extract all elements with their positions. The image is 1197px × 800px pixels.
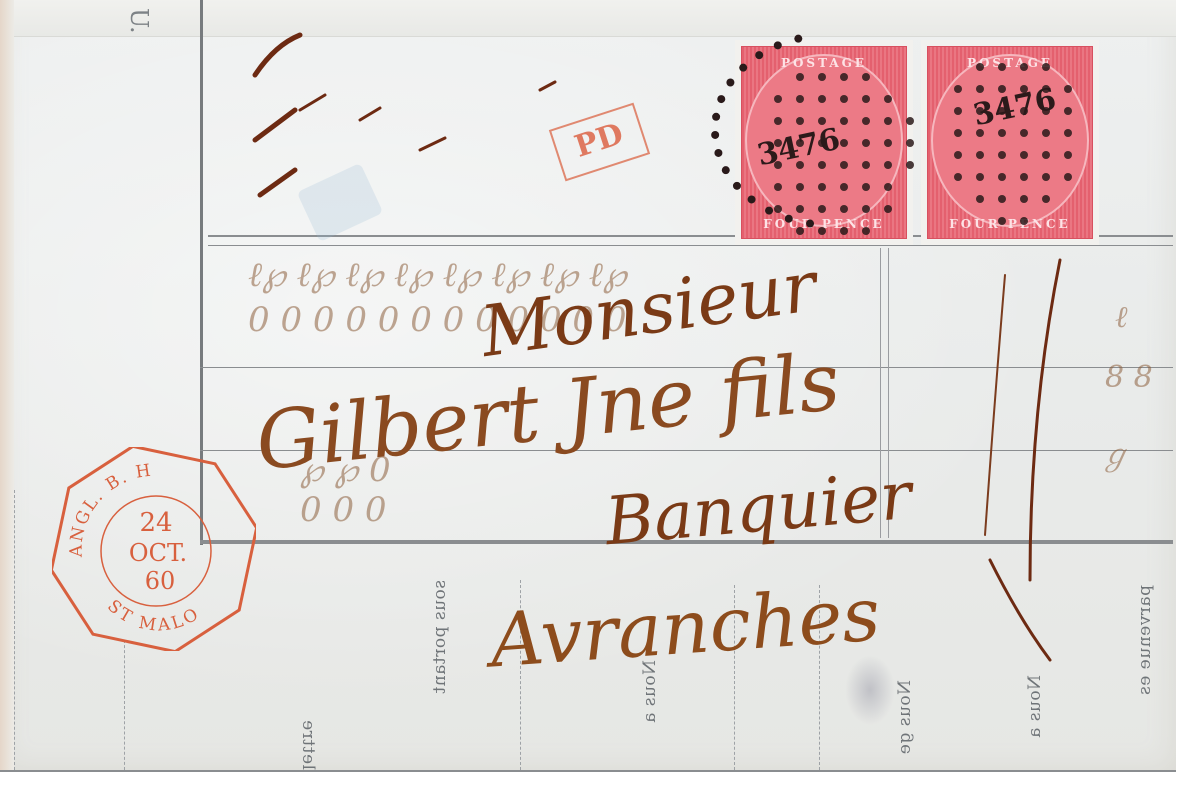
svg-text:24: 24 (139, 508, 172, 538)
svg-text:OCT.: OCT. (129, 539, 187, 567)
st-malo-octagonal-postmark: ANGL. B. H ST MALO 24 OCT. 60 (52, 447, 256, 651)
svg-text:60: 60 (145, 567, 176, 595)
svg-text:ST MALO: ST MALO (103, 596, 204, 636)
